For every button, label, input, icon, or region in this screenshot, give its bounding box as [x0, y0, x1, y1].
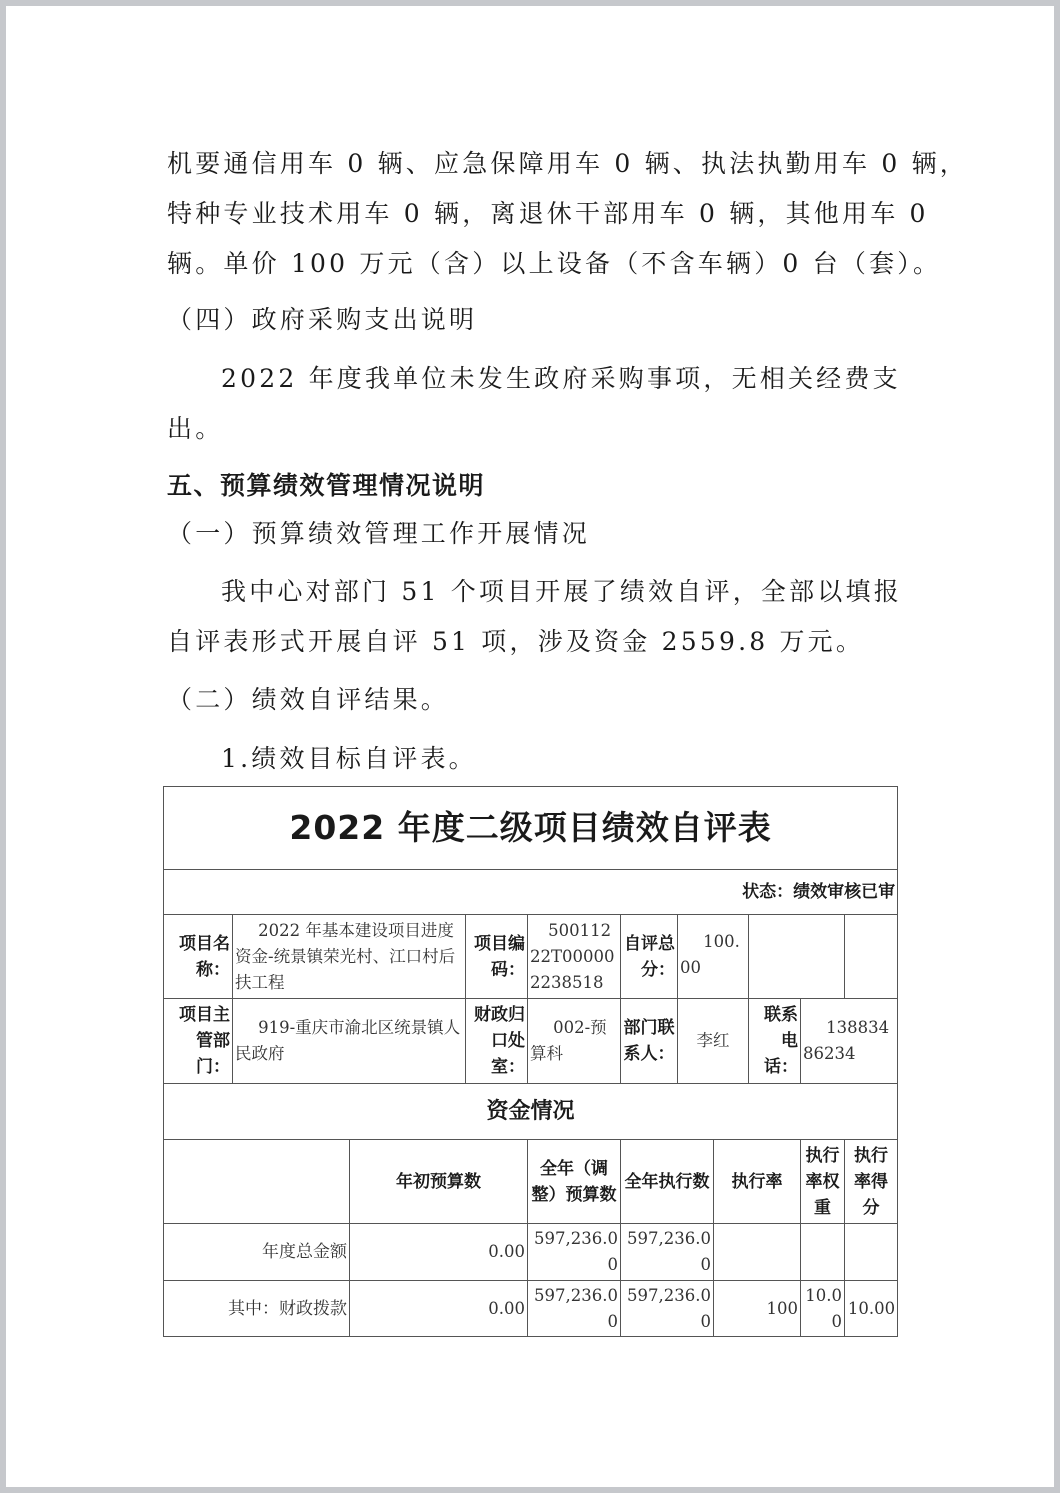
- adjusted-budget: 597,236.00: [528, 1281, 621, 1337]
- empty-cell: [845, 915, 898, 999]
- project-name-value: 2022 年基本建设项目进度资金-统景镇荣光村、江口村后扶工程: [233, 915, 466, 999]
- paragraph-line: 特种专业技术用车 0 辆，离退休干部用车 0 辆，其他用车 0: [167, 198, 907, 230]
- subsection-heading: （一）预算绩效管理工作开展情况: [167, 518, 907, 550]
- row-label: 年度总金额: [164, 1224, 350, 1281]
- funds-header-rate: 执行率: [714, 1140, 801, 1224]
- paragraph-line: 机要通信用车 0 辆、应急保障用车 0 辆、执法执勤用车 0 辆，: [167, 148, 907, 180]
- adjusted-budget: 597,236.00: [528, 1224, 621, 1281]
- execution-rate: [714, 1224, 801, 1281]
- dept-value: 919-重庆市渝北区统景镇人民政府: [233, 999, 466, 1084]
- project-code-value: 50011222T000002238518: [528, 915, 621, 999]
- paragraph-line: 我中心对部门 51 个项目开展了绩效自评，全部以填报: [221, 576, 961, 608]
- initial-budget: 0.00: [350, 1224, 528, 1281]
- score-label: 自评总分：: [621, 915, 678, 999]
- section-heading: （四）政府采购支出说明: [167, 304, 907, 336]
- dept-label: 项目主管部门：: [164, 999, 233, 1084]
- executed-amount: 597,236.00: [621, 1224, 714, 1281]
- finance-office-value: 002-预算科: [528, 999, 621, 1084]
- table-title: 2022 年度二级项目绩效自评表: [164, 787, 898, 870]
- table-row: 其中：财政拨款 0.00 597,236.00 597,236.00 100 1…: [164, 1281, 898, 1337]
- project-code-label: 项目编码：: [466, 915, 528, 999]
- phone-value: 13883486234: [801, 999, 898, 1084]
- performance-evaluation-table: 2022 年度二级项目绩效自评表 状态：绩效审核已审 项目名称： 2022 年基…: [163, 786, 898, 1337]
- rate-weight: [801, 1224, 845, 1281]
- initial-budget: 0.00: [350, 1281, 528, 1337]
- status-badge: 状态：绩效审核已审: [164, 870, 898, 915]
- executed-amount: 597,236.00: [621, 1281, 714, 1337]
- funds-header-executed: 全年执行数: [621, 1140, 714, 1224]
- finance-office-label: 财政归口处室：: [466, 999, 528, 1084]
- empty-cell: [749, 915, 845, 999]
- item-heading: 1.绩效目标自评表。: [221, 743, 961, 775]
- funds-header-adjusted: 全年（调整）预算数: [528, 1140, 621, 1224]
- subsection-heading: （二）绩效自评结果。: [167, 684, 907, 716]
- chapter-heading: 五、预算绩效管理情况说明: [167, 470, 907, 502]
- funds-header-score: 执行率得分: [845, 1140, 898, 1224]
- funds-header-blank: [164, 1140, 350, 1224]
- execution-rate: 100: [714, 1281, 801, 1337]
- paragraph-line: 2022 年度我单位未发生政府采购事项，无相关经费支: [221, 363, 961, 395]
- score-value: 100.00: [678, 915, 749, 999]
- paragraph-line: 辆。单价 100 万元（含）以上设备（不含车辆）0 台（套）。: [167, 248, 907, 280]
- rate-weight: 10.00: [801, 1281, 845, 1337]
- funds-header-initial: 年初预算数: [350, 1140, 528, 1224]
- table-row: 年度总金额 0.00 597,236.00 597,236.00: [164, 1224, 898, 1281]
- funds-section-title: 资金情况: [164, 1084, 898, 1140]
- paragraph-line: 出。: [167, 413, 907, 445]
- funds-header-weight: 执行率权重: [801, 1140, 845, 1224]
- project-name-label: 项目名称：: [164, 915, 233, 999]
- rate-score: 10.00: [845, 1281, 898, 1337]
- contact-value: 李红: [678, 999, 749, 1084]
- phone-label: 联系电话：: [749, 999, 801, 1084]
- contact-label: 部门联系人：: [621, 999, 678, 1084]
- rate-score: [845, 1224, 898, 1281]
- paragraph-line: 自评表形式开展自评 51 项，涉及资金 2559.8 万元。: [167, 626, 907, 658]
- row-label: 其中：财政拨款: [164, 1281, 350, 1337]
